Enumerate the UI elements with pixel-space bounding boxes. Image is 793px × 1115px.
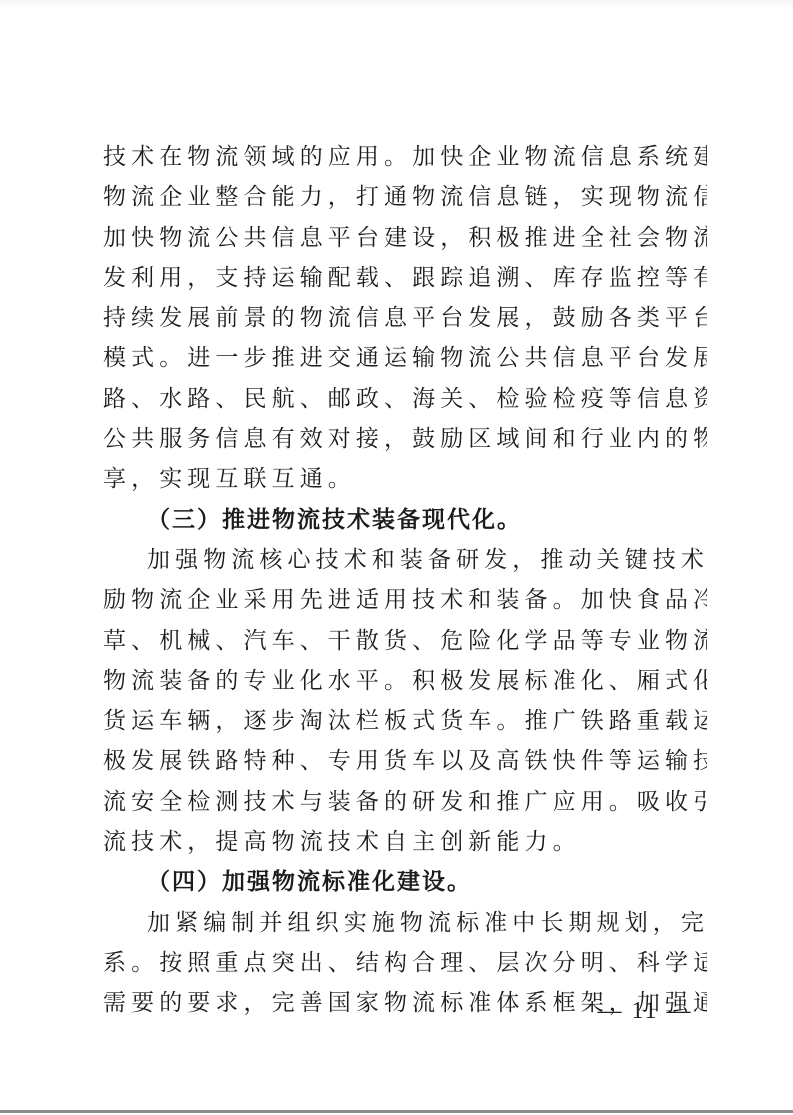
- scan-top-edge: [0, 0, 793, 8]
- text-line: 流安全检测技术与装备的研发和推广应用。吸收引进国际先进物: [103, 782, 707, 822]
- scan-bottom-edge: [0, 1110, 793, 1113]
- text-line: 模式。进一步推进交通运输物流公共信息平台发展，整合铁路、公: [103, 338, 707, 378]
- text-line: 加快物流公共信息平台建设，积极推进全社会物流信息资源的开: [103, 218, 707, 258]
- text-line: 系。按照重点突出、结构合理、层次分明、科学适用、基本满足发展: [103, 943, 707, 983]
- page-number: — 11 —: [590, 998, 700, 1025]
- section-heading-4: （四）加强物流标准化建设。: [103, 862, 707, 902]
- text-line: 享，实现互联互通。: [103, 459, 707, 499]
- text-line: 流技术，提高物流技术自主创新能力。: [103, 822, 707, 862]
- text-line: 货运车辆，逐步淘汰栏板式货车。推广铁路重载运输技术装备，积: [103, 701, 707, 741]
- document-body: 技术在物流领域的应用。加快企业物流信息系统建设，发挥核心 物流企业整合能力，打通…: [103, 137, 707, 1024]
- text-line: 路、水路、民航、邮政、海关、检验检疫等信息资源，促进物流信息与: [103, 379, 707, 419]
- text-line: 公共服务信息有效对接，鼓励区域间和行业内的物流平台信息共: [103, 419, 707, 459]
- text-line: 励物流企业采用先进适用技术和装备。加快食品冷链、医药、烟: [103, 580, 707, 620]
- text-line: 物流企业整合能力，打通物流信息链，实现物流信息全程可追踪。: [103, 177, 707, 217]
- text-line: 物流装备的专业化水平。积极发展标准化、厢式化、专业化的公路: [103, 661, 707, 701]
- text-line: 草、机械、汽车、干散货、危险化学品等专业物流装备的研发，提升: [103, 621, 707, 661]
- text-line: 持续发展前景的物流信息平台发展，鼓励各类平台创新运营服务: [103, 298, 707, 338]
- paragraph-start-line: 加强物流核心技术和装备研发，推动关键技术装备产业化，鼓: [103, 540, 707, 580]
- text-line: 技术在物流领域的应用。加快企业物流信息系统建设，发挥核心: [103, 137, 707, 177]
- text-line: 极发展铁路特种、专用货车以及高铁快件等运输技术装备，加强物: [103, 741, 707, 781]
- paragraph-start-line: 加紧编制并组织实施物流标准中长期规划，完善物流标准体: [103, 903, 707, 943]
- text-line: 发利用，支持运输配载、跟踪追溯、库存监控等有实际需求、具备可: [103, 258, 707, 298]
- section-heading-3: （三）推进物流技术装备现代化。: [103, 500, 707, 540]
